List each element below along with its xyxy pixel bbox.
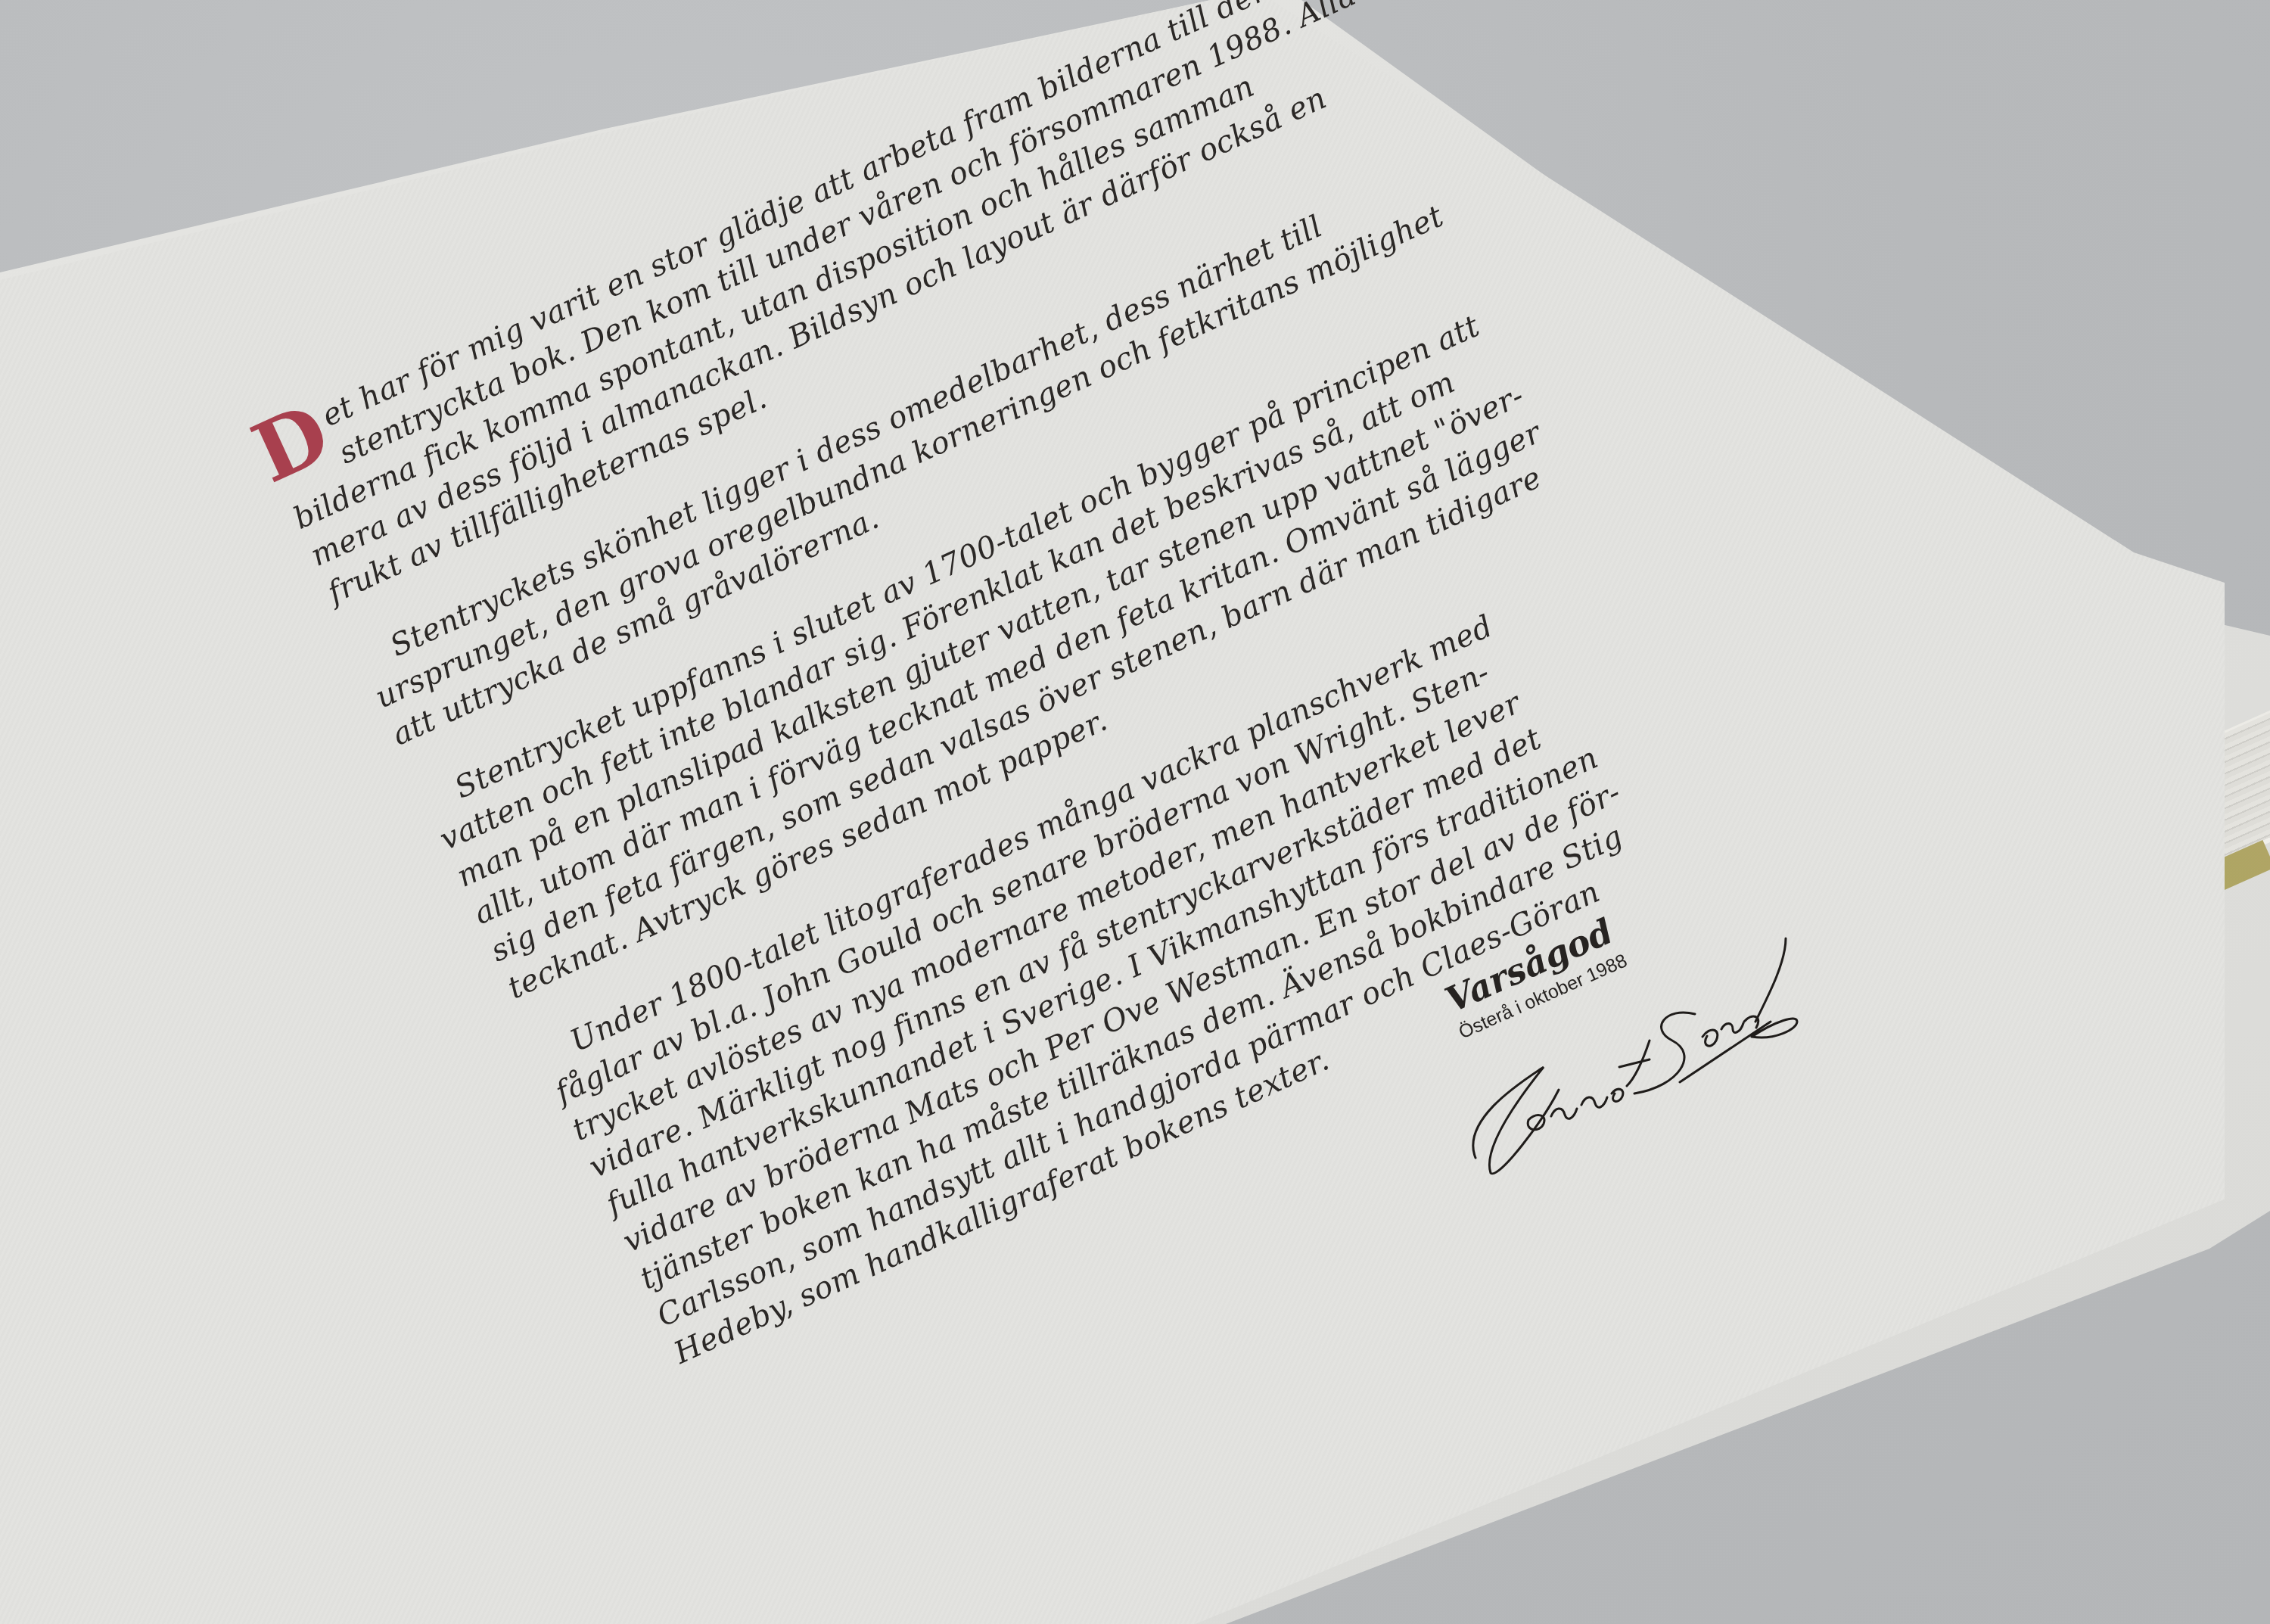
handwritten-signature-icon: Lennart Sand bbox=[1430, 931, 1824, 1188]
